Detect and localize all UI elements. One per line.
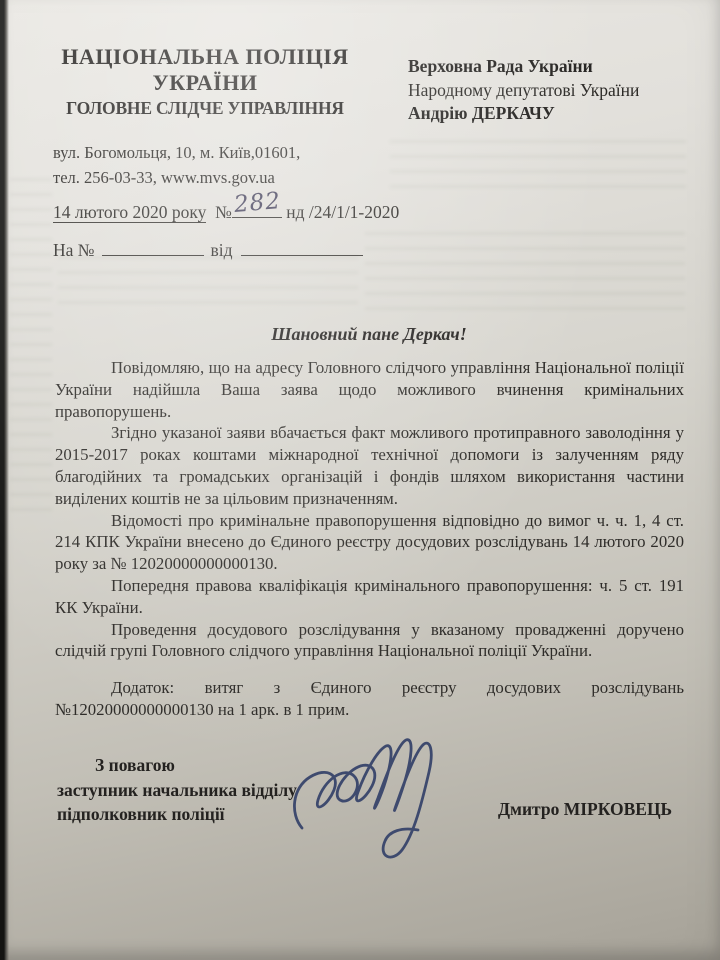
reply-from-label: від [210, 240, 232, 260]
bleed-through-mid-left [58, 256, 358, 314]
reply-number-blank [102, 238, 204, 256]
letter-document: НАЦІОНАЛЬНА ПОЛІЦІЯ УКРАЇНИ ГОЛОВНЕ СЛІД… [0, 0, 720, 960]
recipient-block: Верховна Рада України Народному депутато… [408, 55, 639, 126]
reference-line: 14 лютого 2020 року №282 нд /24/1/1-2020 [53, 197, 399, 223]
letterhead-org-block: НАЦІОНАЛЬНА ПОЛІЦІЯ УКРАЇНИ ГОЛОВНЕ СЛІД… [48, 44, 362, 119]
salutation: Шановний пане Деркач! [55, 324, 683, 345]
handwritten-signature [288, 730, 488, 868]
reply-reference-line: На №від [53, 238, 363, 261]
org-address-line: вул. Богомольця, 10, м. Київ,01601, [53, 140, 300, 165]
bleed-through-left-margin [10, 178, 52, 518]
org-department: ГОЛОВНЕ СЛІДЧЕ УПРАВЛІННЯ [48, 98, 362, 119]
reply-number-label: На № [53, 240, 94, 260]
org-name-line2: УКРАЇНИ [48, 70, 362, 96]
letter-date: 14 лютого 2020 року [53, 202, 206, 223]
handwritten-number: 282 [233, 188, 282, 218]
bleed-through-mid-right [365, 232, 685, 318]
body-paragraph-1: Повідомляю, що на адресу Головного слідч… [55, 357, 684, 422]
signer-name: Дмитро МІРКОВЕЦЬ [498, 799, 672, 820]
number-sign: № [215, 202, 232, 222]
recipient-institution: Верховна Рада України [408, 55, 639, 79]
recipient-name: Андрію ДЕРКАЧУ [408, 102, 639, 126]
org-phone-website-line: тел. 256-03-33, www.mvs.gov.ua [53, 165, 300, 190]
reference-number-suffix: нд /24/1/1-2020 [286, 202, 399, 222]
reply-date-blank [241, 238, 363, 256]
bleed-through-top-right [390, 140, 686, 192]
body-paragraph-4: Попередня правова кваліфікація криміналь… [55, 575, 684, 619]
signature-block: З повагою заступник начальника відділу п… [57, 753, 297, 827]
closing-phrase: З повагою [57, 753, 297, 778]
org-name-line1: НАЦІОНАЛЬНА ПОЛІЦІЯ [48, 44, 362, 70]
signer-title-line1: заступник начальника відділу [57, 778, 297, 803]
org-address-block: вул. Богомольця, 10, м. Київ,01601, тел.… [53, 140, 300, 190]
recipient-role: Народному депутатові України [408, 79, 639, 103]
letter-body: Повідомляю, що на адресу Головного слідч… [55, 357, 684, 721]
paper-left-edge [0, 0, 9, 960]
handwritten-number-field: 282 [232, 197, 282, 218]
body-paragraph-3: Відомості про кримінальне правопорушення… [55, 510, 684, 575]
signer-title-line2: підполковник поліції [57, 802, 297, 827]
body-paragraph-5: Проведення досудового розслідування у вк… [55, 619, 684, 663]
attachment-paragraph: Додаток: витяг з Єдиного реєстру досудов… [55, 677, 684, 721]
body-paragraph-2: Згідно указаної заяви вбачається факт мо… [55, 422, 684, 509]
